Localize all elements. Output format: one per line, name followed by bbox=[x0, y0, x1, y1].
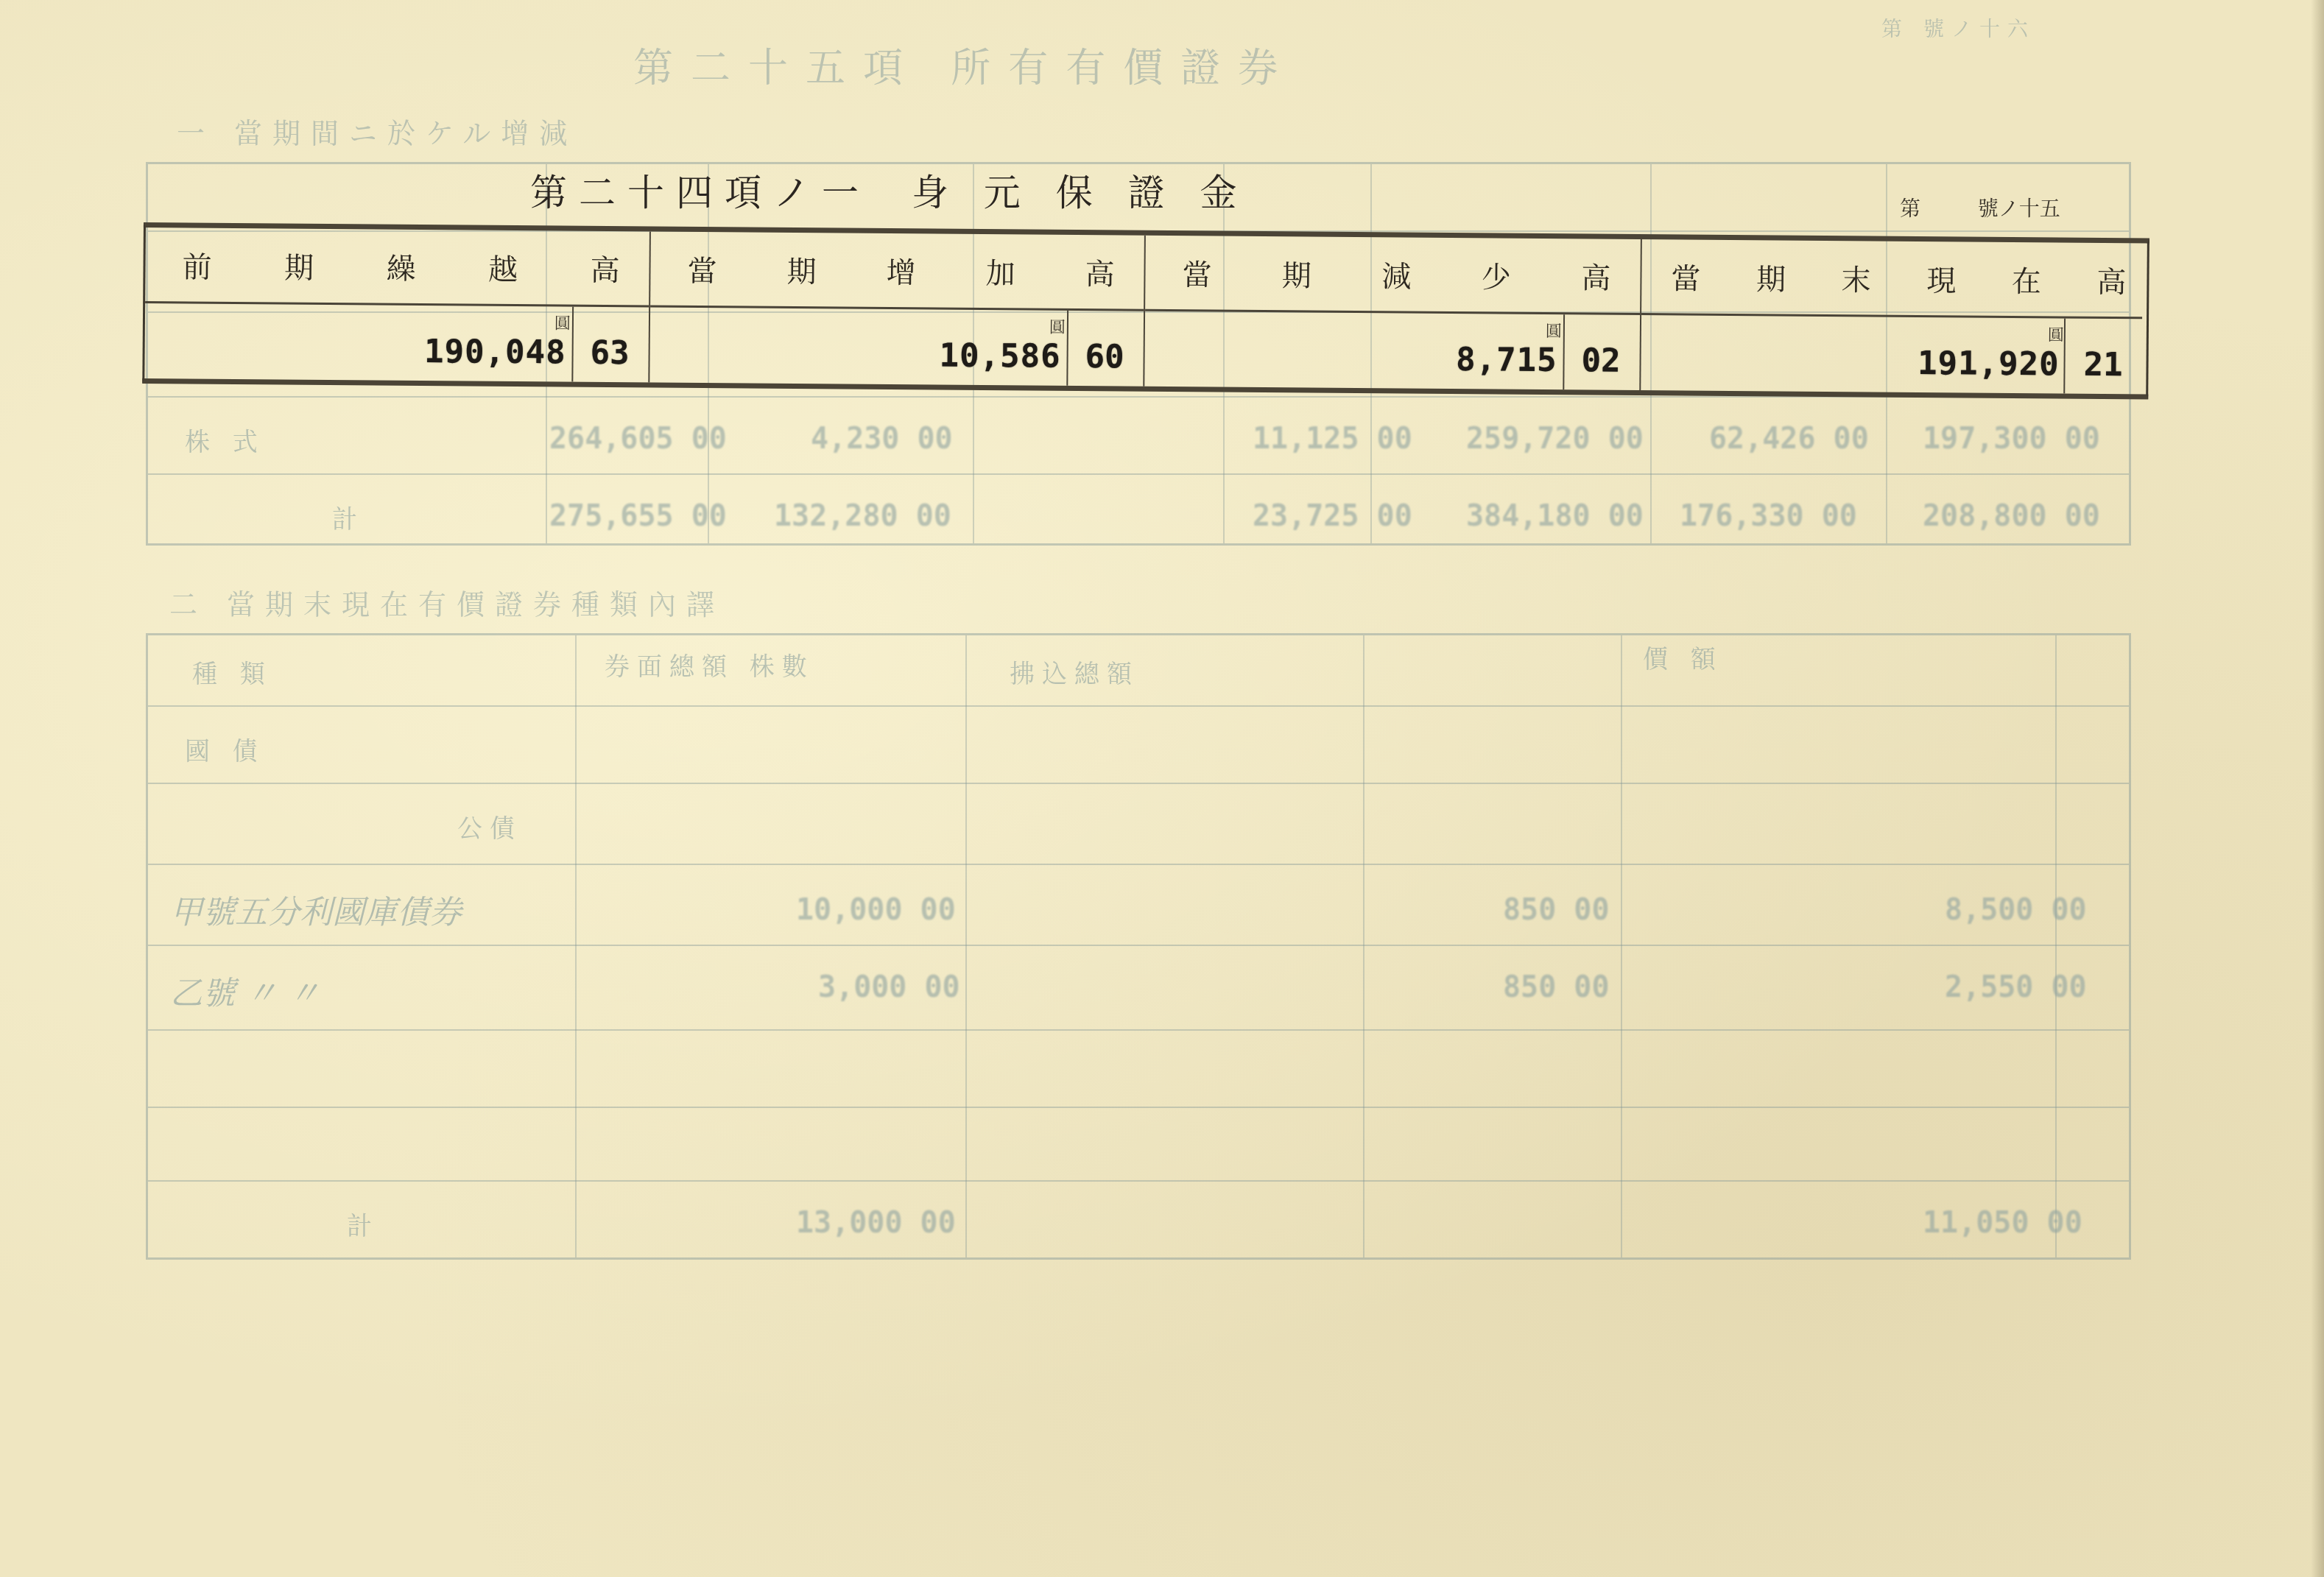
bleed-cell: 8,500 00 bbox=[1945, 893, 2087, 927]
amount-sen: 21 bbox=[2083, 346, 2122, 384]
sen-divider bbox=[571, 307, 574, 382]
column-heading: 當 期 減 少 高 bbox=[1145, 236, 1641, 315]
bleed-cell: 11,125 00 bbox=[1253, 422, 1412, 456]
bleed-row-label: 計 bbox=[332, 499, 365, 535]
amount-sen: 02 bbox=[1581, 342, 1620, 379]
title-part: 元 bbox=[984, 172, 1032, 214]
column-current-decrease: 當 期 減 少 高 圓 8,715 02 bbox=[1144, 236, 1642, 390]
bleed-cell: 23,725 00 bbox=[1253, 499, 1412, 533]
document-title: 第二十四項ノ一 身 元 保 證 金 bbox=[530, 163, 1249, 216]
heading-char: 減 bbox=[1381, 253, 1411, 295]
bleed-cell: 850 00 bbox=[1503, 970, 1610, 1004]
heading-char: 末 bbox=[1841, 257, 1870, 299]
bleed-through-section-2: 二 當期末現在有價證券種類內譯 bbox=[169, 582, 725, 622]
heading-char: 期 bbox=[1282, 253, 1311, 294]
bleed-header: 拂込總額 bbox=[1010, 654, 1139, 690]
heading-char: 高 bbox=[590, 247, 619, 289]
column-heading: 當 期 增 加 高 bbox=[650, 231, 1144, 311]
heading-char: 當 bbox=[687, 247, 716, 289]
bleed-through-section-1: 一 當期間ニ於ケル增減 bbox=[177, 110, 577, 151]
bleed-header: 價 額 bbox=[1643, 639, 1723, 675]
heading-char: 高 bbox=[2096, 258, 2126, 300]
title-part: 身 bbox=[912, 172, 960, 214]
bleed-row-label: 計 bbox=[347, 1206, 379, 1242]
bleed-cell: 10,000 00 bbox=[796, 893, 956, 927]
title-part: 金 bbox=[1200, 172, 1249, 214]
heading-char: 期 bbox=[284, 244, 314, 286]
heading-char: 加 bbox=[985, 250, 1015, 292]
bleed-cell: 264,605 00 bbox=[549, 422, 727, 456]
bleed-cell: 384,180 00 bbox=[1466, 499, 1644, 533]
bleed-cell: 4,230 00 bbox=[811, 422, 953, 456]
heading-char: 高 bbox=[1085, 251, 1114, 293]
heading-char: 繰 bbox=[386, 245, 415, 287]
bleed-cell: 132,280 00 bbox=[774, 499, 951, 533]
column-period-end-balance: 當 期 末 現 在 高 圓 191,920 21 bbox=[1641, 239, 2143, 394]
sen-divider bbox=[1066, 311, 1068, 386]
heading-char: 期 bbox=[786, 248, 816, 290]
heading-char: 高 bbox=[1581, 255, 1610, 297]
column-previous-balance: 前 期 繰 越 高 圓 190,048 63 bbox=[144, 227, 651, 382]
bleed-through-table-2: 種 類 券面總額 株數 拂込總額 價 額 國 債 公債 甲號五分利國庫債券 10… bbox=[146, 633, 2131, 1260]
heading-char: 現 bbox=[1926, 258, 1956, 300]
amount-yen: 8,715 bbox=[1456, 341, 1557, 379]
heading-char: 當 bbox=[1182, 252, 1211, 294]
yen-unit-label: 圓 bbox=[2048, 322, 2064, 345]
bleed-row-label: 公債 bbox=[457, 808, 522, 844]
bleed-cell: 3,000 00 bbox=[818, 970, 960, 1004]
bleed-through-page-number: 第 號ノ十六 bbox=[1881, 13, 2035, 43]
heading-char: 當 bbox=[1671, 255, 1700, 297]
bleed-header: 種 類 bbox=[192, 654, 272, 690]
heading-char: 期 bbox=[1756, 256, 1786, 298]
yen-unit-label: 圓 bbox=[554, 311, 571, 334]
form-number-prefix: 第 bbox=[1900, 193, 1920, 222]
form-number-suffix: 號ノ十五 bbox=[1978, 193, 2060, 222]
bleed-cell: 176,330 00 bbox=[1680, 499, 1857, 533]
sen-divider bbox=[1563, 314, 1565, 389]
title-part: 保 bbox=[1056, 172, 1105, 214]
bleed-cell: 2,550 00 bbox=[1945, 970, 2087, 1004]
bleed-row-label-handwritten: 乙號 〃 〃 bbox=[170, 967, 320, 1014]
bleed-cell: 197,300 00 bbox=[1923, 422, 2100, 456]
amount-yen: 191,920 bbox=[1918, 345, 2060, 384]
form-number: 第 號ノ十五 bbox=[1900, 193, 2060, 222]
heading-char: 在 bbox=[2012, 258, 2041, 300]
heading-char: 少 bbox=[1482, 254, 1511, 296]
column-value: 圓 190,048 63 bbox=[144, 303, 649, 382]
amount-sen: 63 bbox=[590, 334, 629, 372]
bleed-cell: 275,655 00 bbox=[549, 499, 727, 533]
yen-unit-label: 圓 bbox=[1546, 319, 1562, 342]
heading-char: 越 bbox=[488, 246, 518, 288]
column-heading: 前 期 繰 越 高 bbox=[145, 227, 649, 307]
title-part: 第二十四項ノ一 bbox=[530, 172, 870, 214]
bleed-cell: 850 00 bbox=[1503, 893, 1610, 927]
bleed-through-title: 第二十五項 所有有價證券 bbox=[633, 37, 1295, 94]
bleed-cell: 62,426 00 bbox=[1709, 422, 1869, 456]
title-part: 證 bbox=[1128, 172, 1177, 214]
bleed-cell: 13,000 00 bbox=[796, 1206, 956, 1240]
column-value: 圓 10,586 60 bbox=[649, 307, 1144, 386]
yen-unit-label: 圓 bbox=[1049, 315, 1066, 338]
bleed-cell: 208,800 00 bbox=[1923, 499, 2100, 533]
column-value: 圓 8,715 02 bbox=[1144, 311, 1640, 390]
heading-char: 增 bbox=[886, 249, 915, 291]
page-edge-shadow bbox=[2311, 0, 2324, 1577]
bleed-row-label-handwritten: 甲號五分利國庫債券 bbox=[170, 886, 462, 933]
bleed-header: 券面總額 株數 bbox=[605, 646, 814, 682]
column-heading: 當 期 末 現 在 高 bbox=[1641, 239, 2143, 319]
bleed-row-label: 國 債 bbox=[185, 731, 265, 767]
bleed-cell: 11,050 00 bbox=[1923, 1206, 2082, 1240]
amount-yen: 10,586 bbox=[939, 336, 1060, 375]
guarantee-deposit-table: 前 期 繰 越 高 圓 190,048 63 當 期 增 加 高 圓 10,58… bbox=[142, 222, 2149, 399]
column-current-increase: 當 期 增 加 高 圓 10,586 60 bbox=[649, 231, 1146, 386]
heading-char: 前 bbox=[182, 244, 211, 286]
amount-sen: 60 bbox=[1085, 338, 1124, 375]
amount-yen: 190,048 bbox=[424, 333, 566, 372]
bleed-row-label: 株 式 bbox=[185, 422, 265, 458]
bleed-cell: 259,720 00 bbox=[1466, 422, 1644, 456]
column-value: 圓 191,920 21 bbox=[1641, 315, 2142, 394]
